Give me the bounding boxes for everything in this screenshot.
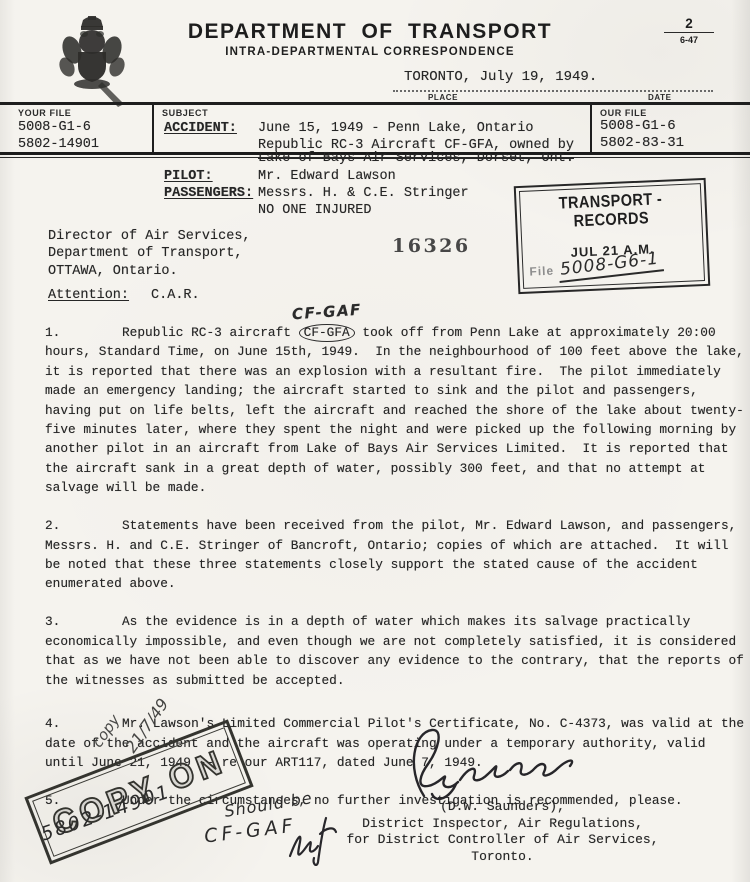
paragraph-1-text-after: took off from Penn Lake at approximately… — [45, 325, 750, 495]
correspondence-subtitle: INTRA-DEPARTMENTAL CORRESPONDENCE — [150, 46, 590, 58]
registration-circled: CF-GAFCF-GFA — [299, 324, 355, 342]
pilot-label: PILOT: — [164, 168, 213, 185]
your-file-values: 5008-G1-6 5802-14901 — [18, 119, 99, 153]
signatory-title-2: for District Controller of Air Services, — [330, 832, 675, 849]
attention-label: Attention: — [48, 288, 129, 303]
paragraph-1-number: 1. — [45, 323, 122, 342]
place-label: PLACE — [428, 93, 458, 102]
file-divider-left — [152, 105, 154, 154]
recipient-line-3: OTTAWA, Ontario. — [48, 263, 251, 280]
signatory-title-1: District Inspector, Air Regulations, — [330, 816, 675, 833]
signatory-block: (D.W. Saunders), District Inspector, Air… — [330, 799, 675, 865]
transport-records-stamp: TRANSPORT - RECORDS JUL 21 A.M. File 500… — [514, 178, 711, 294]
our-file-value-2: 5802-83-31 — [600, 135, 684, 152]
paragraph-2: 2.Statements have been received from the… — [45, 516, 747, 594]
signature-scribble-icon — [398, 724, 588, 806]
subject-line-1: June 15, 1949 - Penn Lake, Ontario — [258, 120, 574, 137]
signatory-title-3: Toronto. — [330, 849, 675, 866]
page-number: 2 — [664, 16, 714, 33]
date-label: DATE — [648, 93, 672, 102]
coat-of-arms-icon — [50, 12, 138, 108]
our-file-values: 5008-G1-6 5802-83-31 — [600, 118, 684, 152]
stamp-inner-border: TRANSPORT - RECORDS JUL 21 A.M. File 500… — [519, 183, 705, 289]
registration-annotation-handwritten: CF-GAF — [291, 301, 362, 325]
initials-scribble-icon — [282, 812, 342, 866]
recipient-line-1: Director of Air Services, — [48, 228, 251, 245]
dateline-rule — [393, 90, 713, 92]
subject-line-3-struck: Lake of Bays Air Services, Dorset, Ont. — [258, 150, 574, 167]
recipient-address: Director of Air Services, Department of … — [48, 228, 251, 280]
your-file-label: YOUR FILE — [18, 108, 71, 118]
passengers-label: PASSENGERS: — [164, 185, 253, 202]
our-file-label: OUR FILE — [600, 108, 647, 118]
pilot-value: Mr. Edward Lawson — [258, 168, 396, 185]
paragraph-1-text-before: Republic RC-3 aircraft — [122, 325, 299, 340]
recipient-line-2: Department of Transport, — [48, 245, 251, 262]
paragraph-1: 1.Republic RC-3 aircraft CF-GAFCF-GFA to… — [45, 323, 747, 498]
file-divider-right — [590, 105, 592, 154]
our-file-value-1: 5008-G1-6 — [600, 118, 684, 135]
signatory-name: (D.W. Saunders), — [330, 799, 675, 816]
accident-heading: ACCIDENT: — [164, 120, 237, 137]
paragraph-3-text: As the evidence is in a depth of water w… — [45, 614, 750, 687]
subject-label: SUBJECT — [162, 108, 208, 118]
attention-line: Attention:C.A.R. — [48, 288, 200, 303]
department-title: DEPARTMENT OF TRANSPORT — [150, 20, 590, 44]
stamp-title: TRANSPORT - RECORDS — [520, 189, 701, 234]
subject-lines: June 15, 1949 - Penn Lake, Ontario Repub… — [258, 120, 574, 154]
injury-note: NO ONE INJURED — [258, 202, 371, 219]
form-code: 6-47 — [664, 33, 714, 45]
passengers-value: Messrs. H. & C.E. Stringer — [258, 185, 469, 202]
your-file-value-2: 5802-14901 — [18, 136, 99, 153]
scanned-letter-page: DEPARTMENT OF TRANSPORT INTRA-DEPARTMENT… — [0, 0, 750, 882]
paragraph-2-number: 2. — [45, 516, 122, 535]
paragraph-2-text: Statements have been received from the p… — [45, 518, 744, 591]
attention-value: C.A.R. — [151, 288, 200, 303]
top-rule — [0, 102, 750, 105]
registration-text: CF-GFA — [304, 325, 350, 340]
place-date-line: TORONTO, July 19, 1949. — [404, 69, 597, 85]
your-file-value-1: 5008-G1-6 — [18, 119, 99, 136]
paragraph-3: 3.As the evidence is in a depth of water… — [45, 612, 747, 690]
form-number: 2 6-47 — [664, 16, 714, 45]
paragraph-3-number: 3. — [45, 612, 122, 631]
stamp-file-label: File — [529, 264, 554, 279]
registry-number-stamp: 16326 — [392, 235, 471, 257]
